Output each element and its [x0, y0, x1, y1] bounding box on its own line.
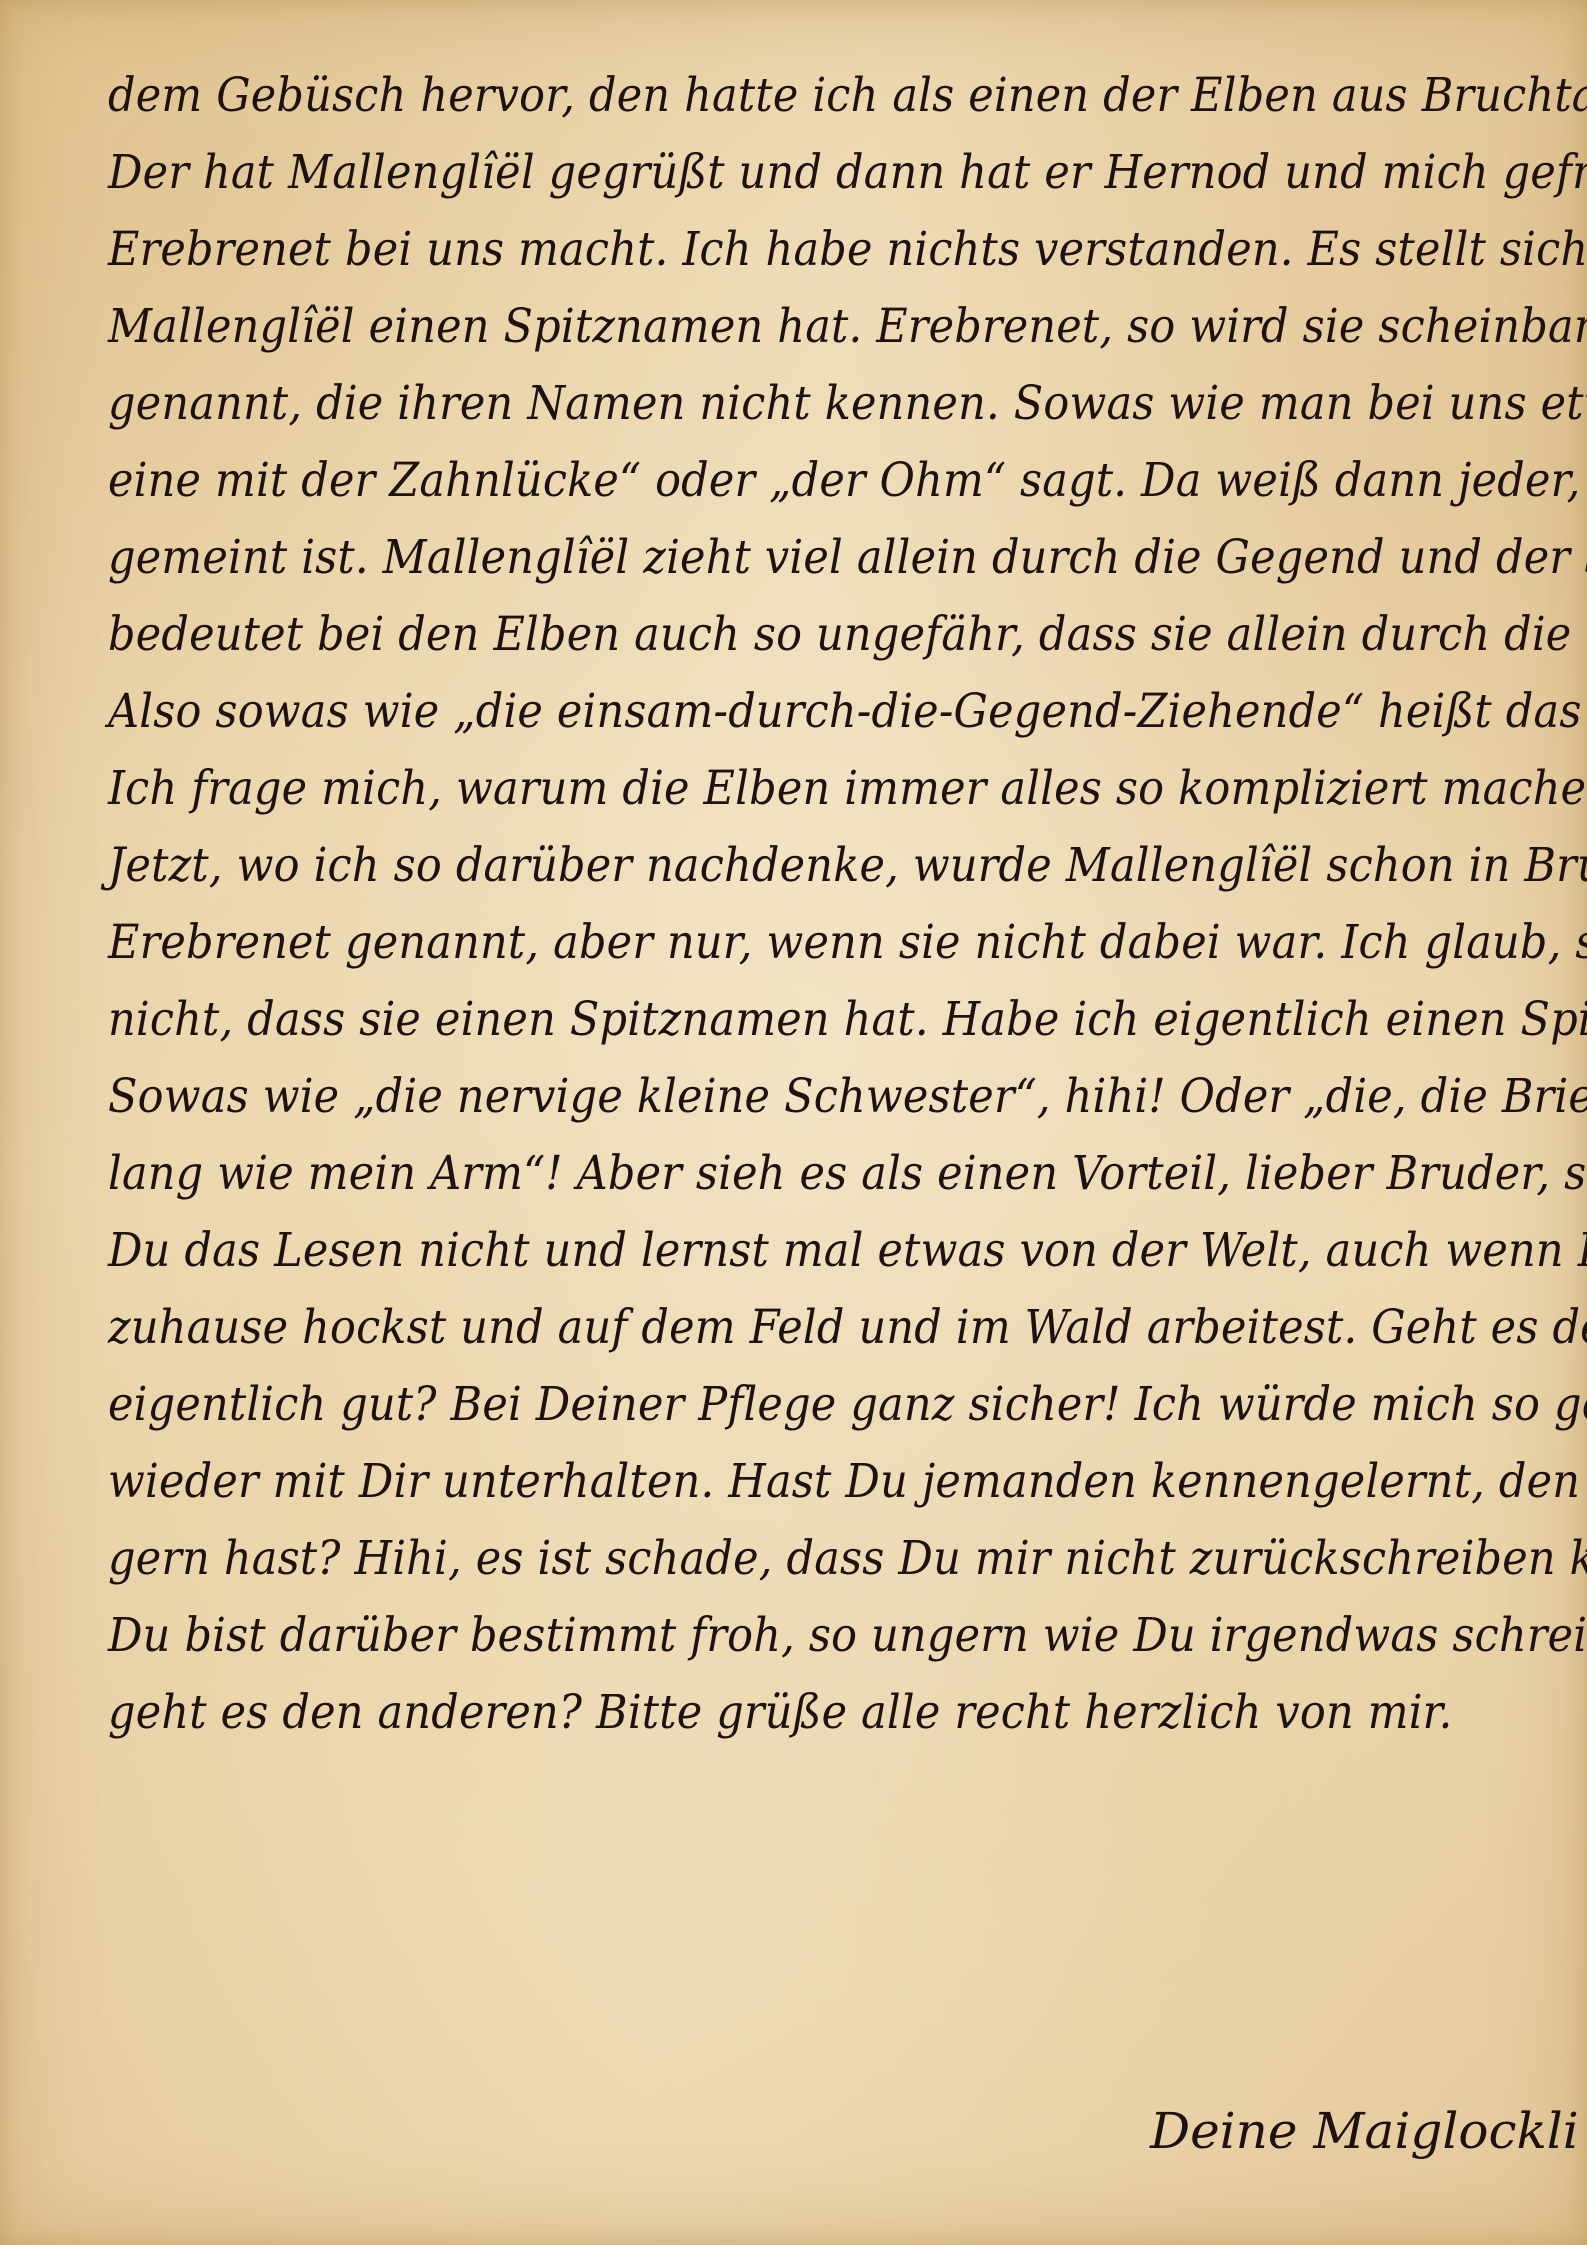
letter-line: Erebrenet genannt, aber nur, wenn sie ni…	[108, 902, 1528, 985]
letter-line: zuhause hockst und auf dem Feld und im W…	[108, 1287, 1528, 1370]
letter-line: Du bist darüber bestimmt froh, so ungern…	[108, 1595, 1528, 1678]
signature: Deine Maiglockli	[1150, 2102, 1579, 2160]
letter-body: dem Gebüsch hervor, den hatte ich als ei…	[108, 58, 1528, 1752]
letter-line: Erebrenet bei uns macht. Ich habe nichts…	[108, 209, 1528, 292]
letter-line: Ich frage mich, warum die Elben immer al…	[108, 748, 1528, 831]
letter-line: eigentlich gut? Bei Deiner Pflege ganz s…	[108, 1364, 1528, 1447]
letter-line: genannt, die ihren Namen nicht kennen. S…	[108, 363, 1528, 446]
letter-line: wieder mit Dir unterhalten. Hast Du jema…	[108, 1441, 1528, 1524]
letter-line: Also sowas wie „die einsam-durch-die-Geg…	[108, 671, 1528, 754]
letter-line: Du das Lesen nicht und lernst mal etwas …	[108, 1210, 1528, 1293]
letter-line: Der hat Mallenglîël gegrüßt und dann hat…	[108, 132, 1528, 215]
letter-line: bedeutet bei den Elben auch so ungefähr,…	[108, 594, 1528, 677]
letter-line: eine mit der Zahnlücke“ oder „der Ohm“ s…	[108, 440, 1528, 523]
letter-line: Mallenglîël einen Spitznamen hat. Erebre…	[108, 286, 1528, 369]
parchment-page: dem Gebüsch hervor, den hatte ich als ei…	[0, 0, 1587, 2245]
letter-line: Jetzt, wo ich so darüber nachdenke, wurd…	[108, 825, 1528, 908]
letter-line: geht es den anderen? Bitte grüße alle re…	[108, 1672, 1528, 1755]
letter-line: nicht, dass sie einen Spitznamen hat. Ha…	[108, 979, 1528, 1062]
letter-line: dem Gebüsch hervor, den hatte ich als ei…	[108, 55, 1528, 138]
letter-line: lang wie mein Arm“! Aber sieh es als ein…	[108, 1133, 1528, 1216]
letter-line: gern hast? Hihi, es ist schade, dass Du …	[108, 1518, 1528, 1601]
letter-line: Sowas wie „die nervige kleine Schwester“…	[108, 1056, 1528, 1139]
letter-line: gemeint ist. Mallenglîël zieht viel alle…	[108, 517, 1528, 600]
